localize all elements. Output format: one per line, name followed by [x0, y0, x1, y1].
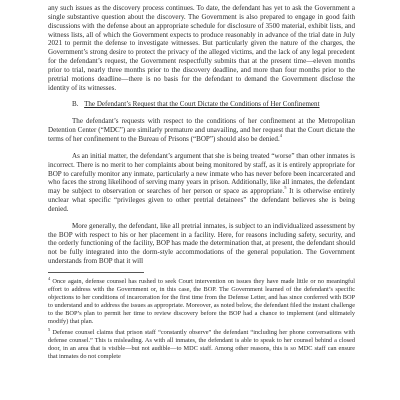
section-heading: B. The Defendant’s Request that the Cour…	[72, 100, 355, 109]
paragraph-text: The defendant’s requests with respect to…	[48, 117, 355, 143]
paragraph-discovery: any such issues as the discovery process…	[48, 4, 355, 92]
footnote-separator	[48, 272, 144, 273]
footnote-5: 5 Defense counsel claims that prison sta…	[48, 329, 355, 361]
footnote-4: 4 Once again, defense counsel has rushed…	[48, 278, 355, 326]
paragraph-initial-matter: As an initial matter, the defendant’s ar…	[48, 152, 355, 214]
document-page: any such issues as the discovery process…	[48, 4, 355, 361]
footnote-ref-4[interactable]: 4	[280, 133, 282, 138]
section-letter: B.	[72, 100, 78, 108]
footnote-number: 5	[48, 327, 50, 332]
paragraph-individualized-assessment: More generally, the defendant, like all …	[48, 222, 355, 266]
section-title: The Defendant’s Request that the Court D…	[84, 100, 319, 108]
footnote-number: 4	[48, 276, 50, 281]
footnote-text: Defense counsel claims that prison staff…	[48, 329, 355, 360]
paragraph-confinement-requests: The defendant’s requests with respect to…	[48, 117, 355, 144]
footnote-text: Once again, defense counsel has rushed t…	[48, 278, 355, 325]
